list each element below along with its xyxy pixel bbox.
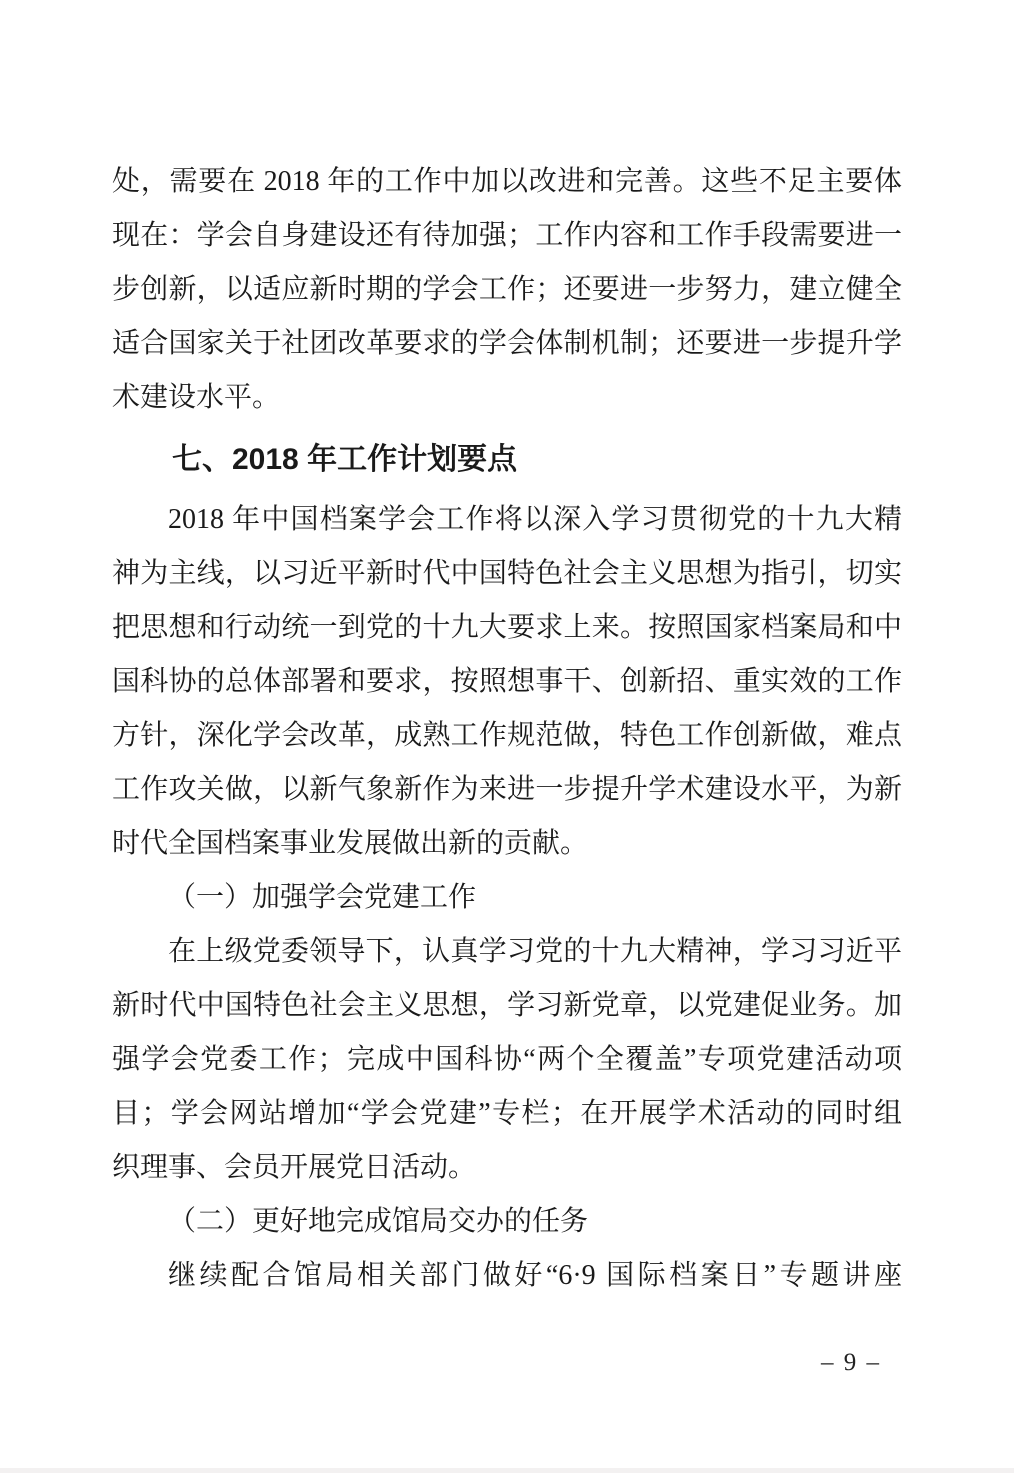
paragraph-line: 强学会党委工作；完成中国科协“两个全覆盖”专项党建活动项 — [112, 1033, 902, 1087]
paragraph-line: 神为主线，以习近平新时代中国特色社会主义思想为指引，切实 — [112, 547, 902, 601]
paragraph-line: 现在：学会自身建设还有待加强；工作内容和工作手段需要进一 — [112, 209, 902, 263]
section-heading: 七、2018 年工作计划要点 — [112, 433, 902, 487]
paragraph-line: 新时代中国特色社会主义思想，学习新党章，以党建促业务。加 — [112, 979, 902, 1033]
paragraph-line: 术建设水平。 — [112, 371, 902, 425]
paragraph-line: 把思想和行动统一到党的十九大要求上来。按照国家档案局和中 — [112, 601, 902, 655]
paragraph-line: 国科协的总体部署和要求，按照想事干、创新招、重实效的工作 — [112, 655, 902, 709]
paragraph-line: 工作攻关做，以新气象新作为来进一步提升学术建设水平，为新 — [112, 763, 902, 817]
paragraph-line: 时代全国档案事业发展做出新的贡献。 — [112, 817, 902, 871]
paragraph-line: 目；学会网站增加“学会党建”专栏；在开展学术活动的同时组 — [112, 1087, 902, 1141]
page-number: – 9 – — [821, 1348, 881, 1378]
document-page: 处，需要在 2018 年的工作中加以改进和完善。这些不足主要体 现在：学会自身建… — [0, 0, 1014, 1473]
paragraph-line: 织理事、会员开展党日活动。 — [112, 1141, 902, 1195]
subsection-heading: （二）更好地完成馆局交办的任务 — [112, 1195, 902, 1249]
paragraph-line: 方针，深化学会改革，成熟工作规范做，特色工作创新做，难点 — [112, 709, 902, 763]
subsection-heading: （一）加强学会党建工作 — [112, 871, 902, 925]
paragraph-line: 步创新，以适应新时期的学会工作；还要进一步努力，建立健全 — [112, 263, 902, 317]
paragraph-line: 继续配合馆局相关部门做好“6·9 国际档案日”专题讲座 — [112, 1249, 902, 1303]
paragraph-line: 处，需要在 2018 年的工作中加以改进和完善。这些不足主要体 — [112, 155, 902, 209]
paragraph-line: 在上级党委领导下，认真学习党的十九大精神，学习习近平 — [112, 925, 902, 979]
page-bottom-edge — [0, 1468, 1014, 1473]
text-column: 处，需要在 2018 年的工作中加以改进和完善。这些不足主要体 现在：学会自身建… — [112, 155, 902, 1303]
paragraph-line: 适合国家关于社团改革要求的学会体制机制；还要进一步提升学 — [112, 317, 902, 371]
paragraph-line: 2018 年中国档案学会工作将以深入学习贯彻党的十九大精 — [112, 493, 902, 547]
